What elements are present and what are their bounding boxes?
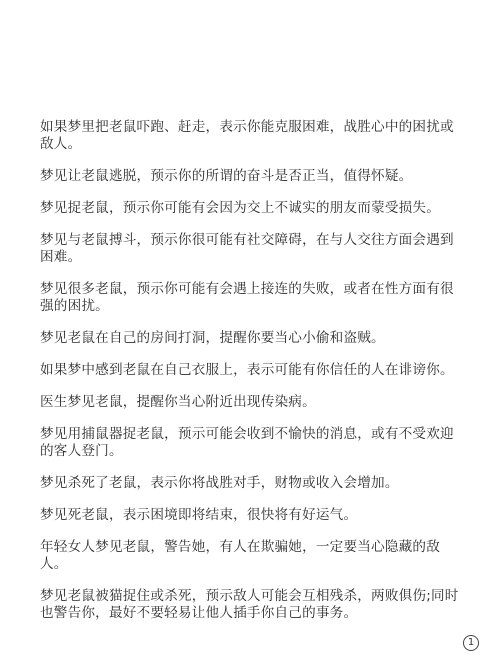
paragraph-4: 梦见与老鼠搏斗，预示你很可能有社交障碍，在与人交往方面会遇到困难。 xyxy=(40,232,465,266)
paragraph-6: 梦见老鼠在自己的房间打洞，提醒你要当心小偷和盗贼。 xyxy=(40,330,465,347)
paragraph-7: 如果梦中感到老鼠在自己衣服上，表示可能有你信任的人在诽谤你。 xyxy=(40,362,465,379)
paragraph-5: 梦见很多老鼠，预示你可能有会遇上接连的失败，或者在性方面有很强的困扰。 xyxy=(40,281,465,315)
paragraph-12: 年轻女人梦见老鼠，警告她，有人在欺骗她，一定要当心隐藏的敌人。 xyxy=(40,539,465,573)
paragraph-9: 梦见用捕鼠器捉老鼠，预示可能会收到不愉快的消息，或有不受欢迎的客人登门。 xyxy=(40,426,465,460)
paragraph-2: 梦见让老鼠逃脱，预示你的所谓的奋斗是否正当，值得怀疑。 xyxy=(40,168,465,185)
document-body: 如果梦里把老鼠吓跑、赶走，表示你能克服困难，战胜心中的困扰或敌人。 梦见让老鼠逃… xyxy=(40,119,465,637)
page-number-marker: 1 xyxy=(463,635,479,651)
paragraph-13: 梦见老鼠被猫捉住或杀死，预示敌人可能会互相残杀，两败俱伤;同时也警告你，最好不要… xyxy=(40,588,465,622)
paragraph-1: 如果梦里把老鼠吓跑、赶走，表示你能克服困难，战胜心中的困扰或敌人。 xyxy=(40,119,465,153)
paragraph-8: 医生梦见老鼠，提醒你当心附近出现传染病。 xyxy=(40,394,465,411)
paragraph-3: 梦见捉老鼠，预示你可能有会因为交上不诚实的朋友而蒙受损失。 xyxy=(40,200,465,217)
paragraph-10: 梦见杀死了老鼠，表示你将战胜对手，财物或收入会增加。 xyxy=(40,475,465,492)
paragraph-11: 梦见死老鼠，表示困境即将结束，很快将有好运气。 xyxy=(40,507,465,524)
